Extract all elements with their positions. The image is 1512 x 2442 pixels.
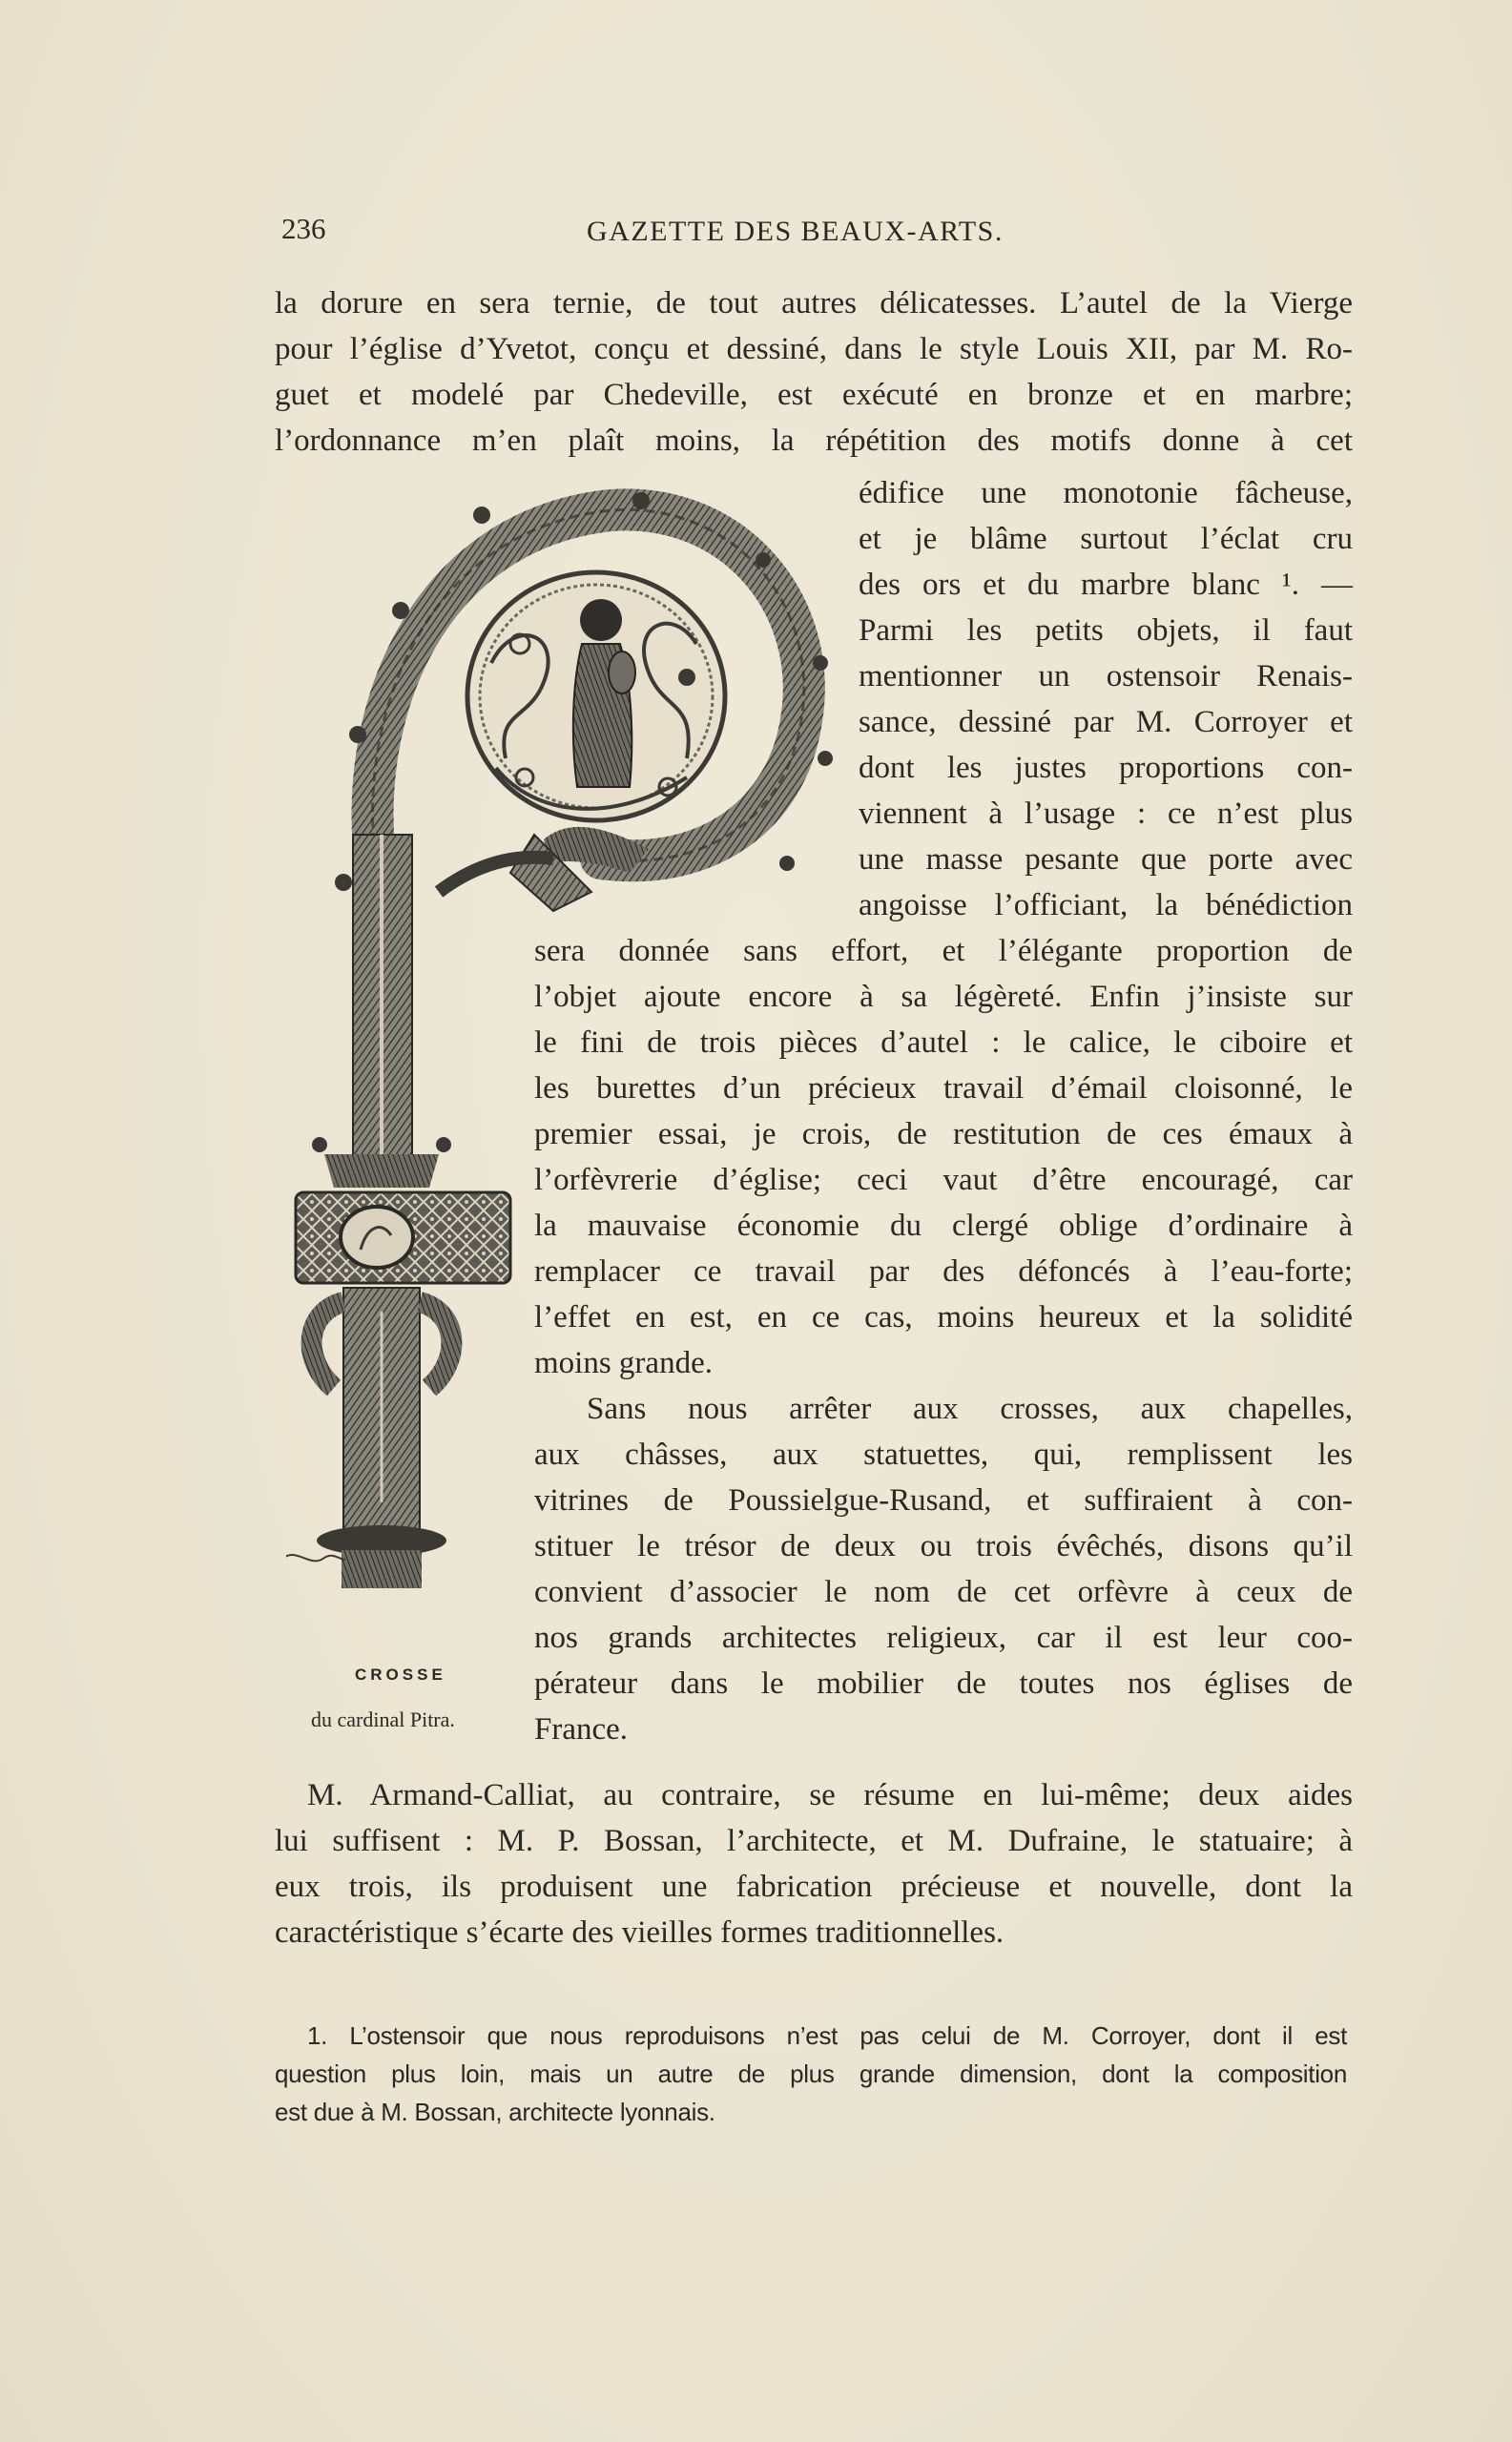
- text-line: pérateur dans le mobilier de toutes nos …: [534, 1665, 1353, 1703]
- text-line: mentionner un ostensoir Renais-: [859, 657, 1353, 695]
- text-line: caractéristique s’écarte des vieilles fo…: [275, 1914, 1353, 1952]
- text-line: viennent à l’usage : ce n’est plus: [859, 795, 1353, 833]
- text-line: guet et modelé par Chedeville, est exécu…: [275, 376, 1353, 414]
- footnote-line: 1. L’ostensoir que nous reproduisons n’e…: [307, 2017, 1347, 2055]
- text-line: pour l’église d’Yvetot, conçu et dessiné…: [275, 330, 1353, 368]
- paragraph-start: M. Armand-Calliat, au contraire, se résu…: [307, 1776, 1353, 1814]
- text-line: la dorure en sera ternie, de tout autres…: [275, 284, 1353, 322]
- page-number: 236: [281, 212, 326, 246]
- staff: [286, 835, 510, 1588]
- text-line: dont les justes proportions con-: [859, 749, 1353, 787]
- running-title: GAZETTE DES BEAUX-ARTS.: [587, 216, 1004, 248]
- text-line: France.: [534, 1710, 628, 1749]
- text-line: édifice une monotonie fâcheuse,: [859, 474, 1353, 512]
- text-line: l’ordonnance m’en plaît moins, la répéti…: [275, 422, 1353, 460]
- text-line: lui suffisent : M. P. Bossan, l’architec…: [275, 1822, 1353, 1860]
- text-line: Parmi les petits objets, il faut: [859, 611, 1353, 650]
- text-line: des ors et du marbre blanc ¹. —: [859, 566, 1353, 604]
- running-header: 236 GAZETTE DES BEAUX-ARTS.: [281, 212, 1350, 250]
- figure-caption-subtitle: du cardinal Pitra.: [311, 1707, 455, 1732]
- text-line: sance, dessiné par M. Corroyer et: [859, 703, 1353, 741]
- text-line: eux trois, ils produisent une fabricatio…: [275, 1868, 1353, 1906]
- footnote-line: question plus loin, mais un autre de plu…: [275, 2055, 1347, 2093]
- figure-caption-title: CROSSE: [355, 1666, 446, 1685]
- crosier-engraving: [286, 472, 839, 1636]
- footnote-line: est due à M. Bossan, architecte lyonnais…: [275, 2093, 715, 2131]
- text-line: angoisse l’officiant, la bénédiction: [859, 886, 1353, 924]
- text-line: et je blâme surtout l’éclat cru: [859, 520, 1353, 558]
- text-line: une masse pesante que porte avec: [859, 840, 1353, 879]
